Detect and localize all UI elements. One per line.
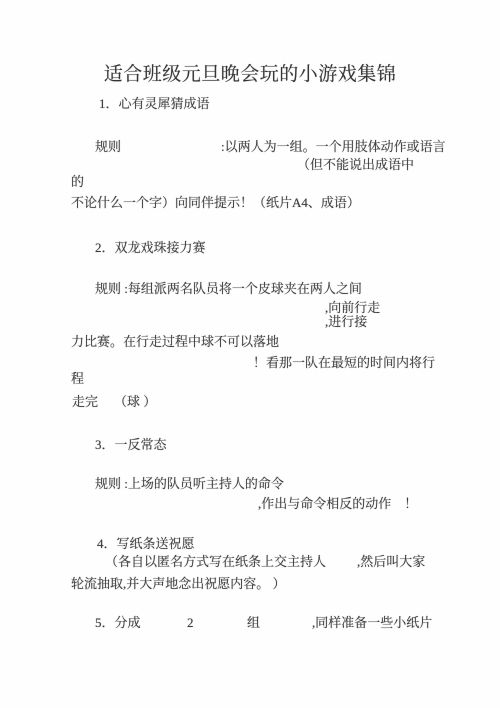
game-2-heading: 2．双龙戏珠接力赛 (95, 240, 206, 255)
game-1-rule-label: 规则 (95, 139, 121, 154)
game-4-heading: 4．写纸条送祝愿 (97, 536, 195, 551)
game-1-rule-text: :以两人为一组。一个用肢体动作或语言 (221, 139, 446, 154)
game-5-part-1: 5．分成 (95, 615, 141, 630)
game-3-heading: 3．一反常态 (95, 437, 167, 452)
game-4-note-line-1b: ,然后叫大家 (357, 554, 425, 569)
game-2-wrap-line-6b: （球 ） (114, 394, 156, 409)
game-2-rule-line: 规则 :每组派两名队员将一个皮球夹在两人之间 (95, 281, 362, 296)
game-2-wrap-line-6a: 走完 (72, 394, 98, 409)
game-3-wrap-line-1: ,作出与命令相反的动作 ！ (258, 496, 417, 511)
game-4-note-line-2: 轮流抽取,并大声地念出祝愿内容。 ） (71, 576, 286, 591)
game-5-part-4: ,同样准备一些小纸片 (312, 615, 432, 630)
game-2-wrap-line-4: ！看那一队在最短的时间内将行 (253, 355, 435, 370)
document-title: 适合班级元旦晚会玩的小游戏集锦 (0, 64, 500, 86)
game-2-wrap-line-3: 力比赛。在行走过程中球不可以落地 (71, 334, 279, 349)
game-1-heading: 1．心有灵犀猜成语 (99, 96, 210, 111)
game-2-wrap-line-1: ,向前行走 (325, 300, 380, 315)
game-2-wrap-line-5: 程 (71, 371, 84, 386)
game-5-part-2: 2 (187, 615, 194, 630)
game-1-wrap-line-3: 不论什么一个字）向同伴提示！（纸片A4、成语） (71, 195, 360, 210)
game-1-wrap-line-1: （但不能说出成语中 (297, 157, 414, 172)
game-1-wrap-line-2: 的 (71, 174, 84, 189)
game-2-wrap-line-2: ,进行接 (325, 314, 367, 329)
game-5-part-3: 组 (247, 615, 260, 630)
document-page: 适合班级元旦晚会玩的小游戏集锦 1．心有灵犀猜成语 规则 :以两人为一组。一个用… (0, 0, 500, 708)
game-4-note-line-1a: （各自以匿名方式写在纸条上交主持人 (105, 554, 326, 569)
game-3-rule-line: 规则 :上场的队员听主持人的命令 (95, 476, 284, 491)
